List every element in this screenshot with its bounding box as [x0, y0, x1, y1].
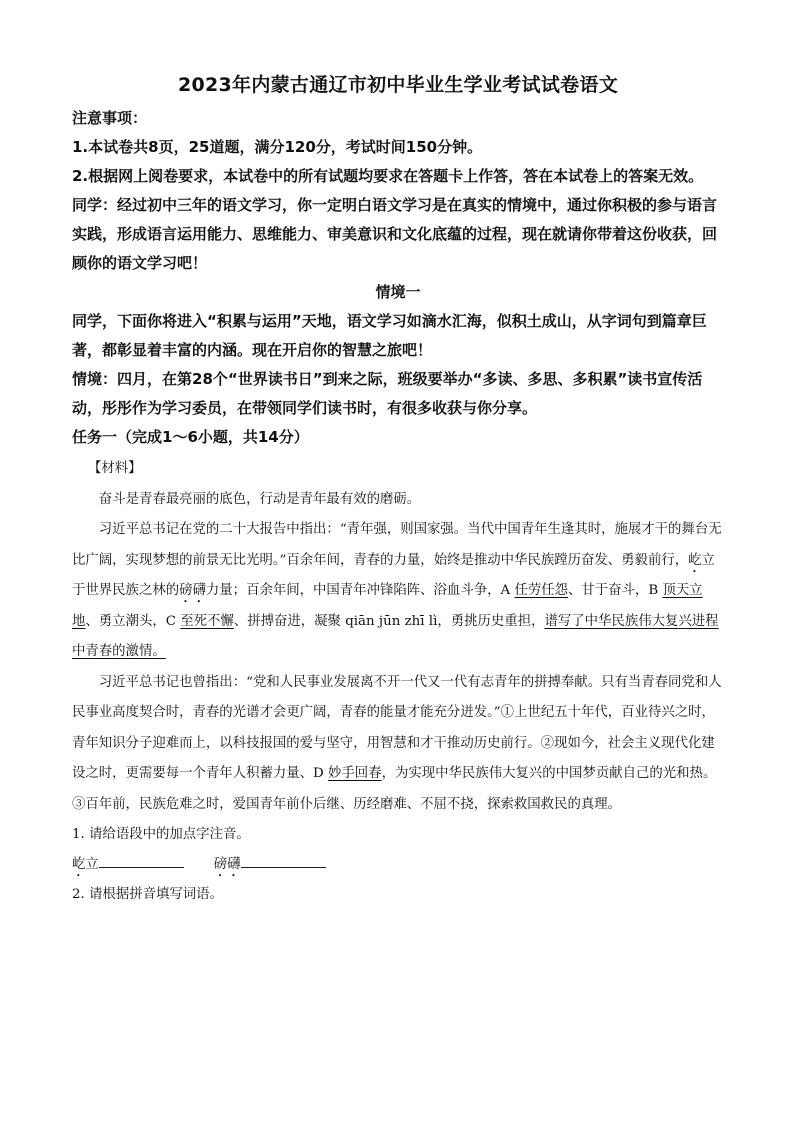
word-rest: 立	[85, 857, 98, 872]
underlined-phrase-c: 至死不懈	[180, 614, 234, 629]
section-intro: 同学，下面你将进入“积累与运用”天地，语文学习如滴水汇海，似积土成山，从字词句到…	[72, 307, 724, 365]
dotted-char: 屹	[72, 857, 85, 872]
question-2: 2. 请根据拼音填写词语。	[72, 880, 724, 910]
text-span: 、拼搏奋进，凝聚 qiān jūn zhī lì，勇挑历史重担，	[234, 614, 545, 629]
dotted-char: 屹	[688, 553, 701, 568]
notice-item-2: 2.根据网上阅卷要求，本试卷中的所有试题均要求在答题卡上作答，答在本试卷上的答案…	[72, 162, 724, 191]
text-span: 、甘于奋斗，B	[568, 583, 662, 598]
material-paragraph-3: 习近平总书记也曾指出：“党和人民事业发展离不开一代又一代有志青年的拼搏奉献。只有…	[72, 668, 724, 821]
section-heading: 情境一	[72, 278, 724, 307]
dotted-word: 磅礴	[214, 857, 241, 872]
material-label: 【材料】	[72, 454, 724, 485]
question-1: 1. 请给语段中的加点字注音。	[72, 820, 724, 850]
dotted-chars: 磅礴	[179, 583, 206, 598]
exam-page: 2023年内蒙古通辽市初中毕业生学业考试试卷语文 注意事项： 1.本试卷共8页，…	[72, 70, 724, 910]
intro-paragraph: 同学：经过初中三年的语文学习，你一定明白语文学习是在真实的情境中，通过你积极的参…	[72, 191, 724, 278]
notice-heading: 注意事项：	[72, 104, 724, 133]
text-span: 力量；百余年间，中国青年冲锋陷阵、浴血斗争，A	[206, 583, 515, 598]
scenario-text: 情境：四月，在第28个“世界读书日”到来之际，班级要举办“多读、多思、多积累”读…	[72, 365, 724, 423]
material-paragraph-2: 习近平总书记在党的二十大报告中指出：“青年强，则国家强。当代中国青年生逢其时，施…	[72, 515, 724, 668]
answer-blank-1[interactable]	[99, 853, 184, 868]
underlined-phrase-d: 妙手回春	[328, 766, 382, 781]
material-paragraph-1: 奋斗是青春最亮丽的底色，行动是青年最有效的磨砺。	[72, 485, 724, 516]
question-1-answers: 屹立磅礴	[72, 850, 724, 880]
notice-item-1: 1.本试卷共8页，25道题，满分120分，考试时间150分钟。	[72, 133, 724, 162]
answer-blank-2[interactable]	[241, 853, 326, 868]
text-span: 习近平总书记在党的二十大报告中指出：“青年强，则国家强。当代中国青年生逢其时，施…	[72, 522, 722, 568]
text-span: 、勇立潮头，C	[85, 614, 180, 629]
task-heading: 任务一（完成1～6小题，共14分）	[72, 423, 724, 452]
page-title: 2023年内蒙古通辽市初中毕业生学业考试试卷语文	[72, 70, 724, 100]
underlined-phrase-a: 任劳任怨	[514, 583, 568, 598]
